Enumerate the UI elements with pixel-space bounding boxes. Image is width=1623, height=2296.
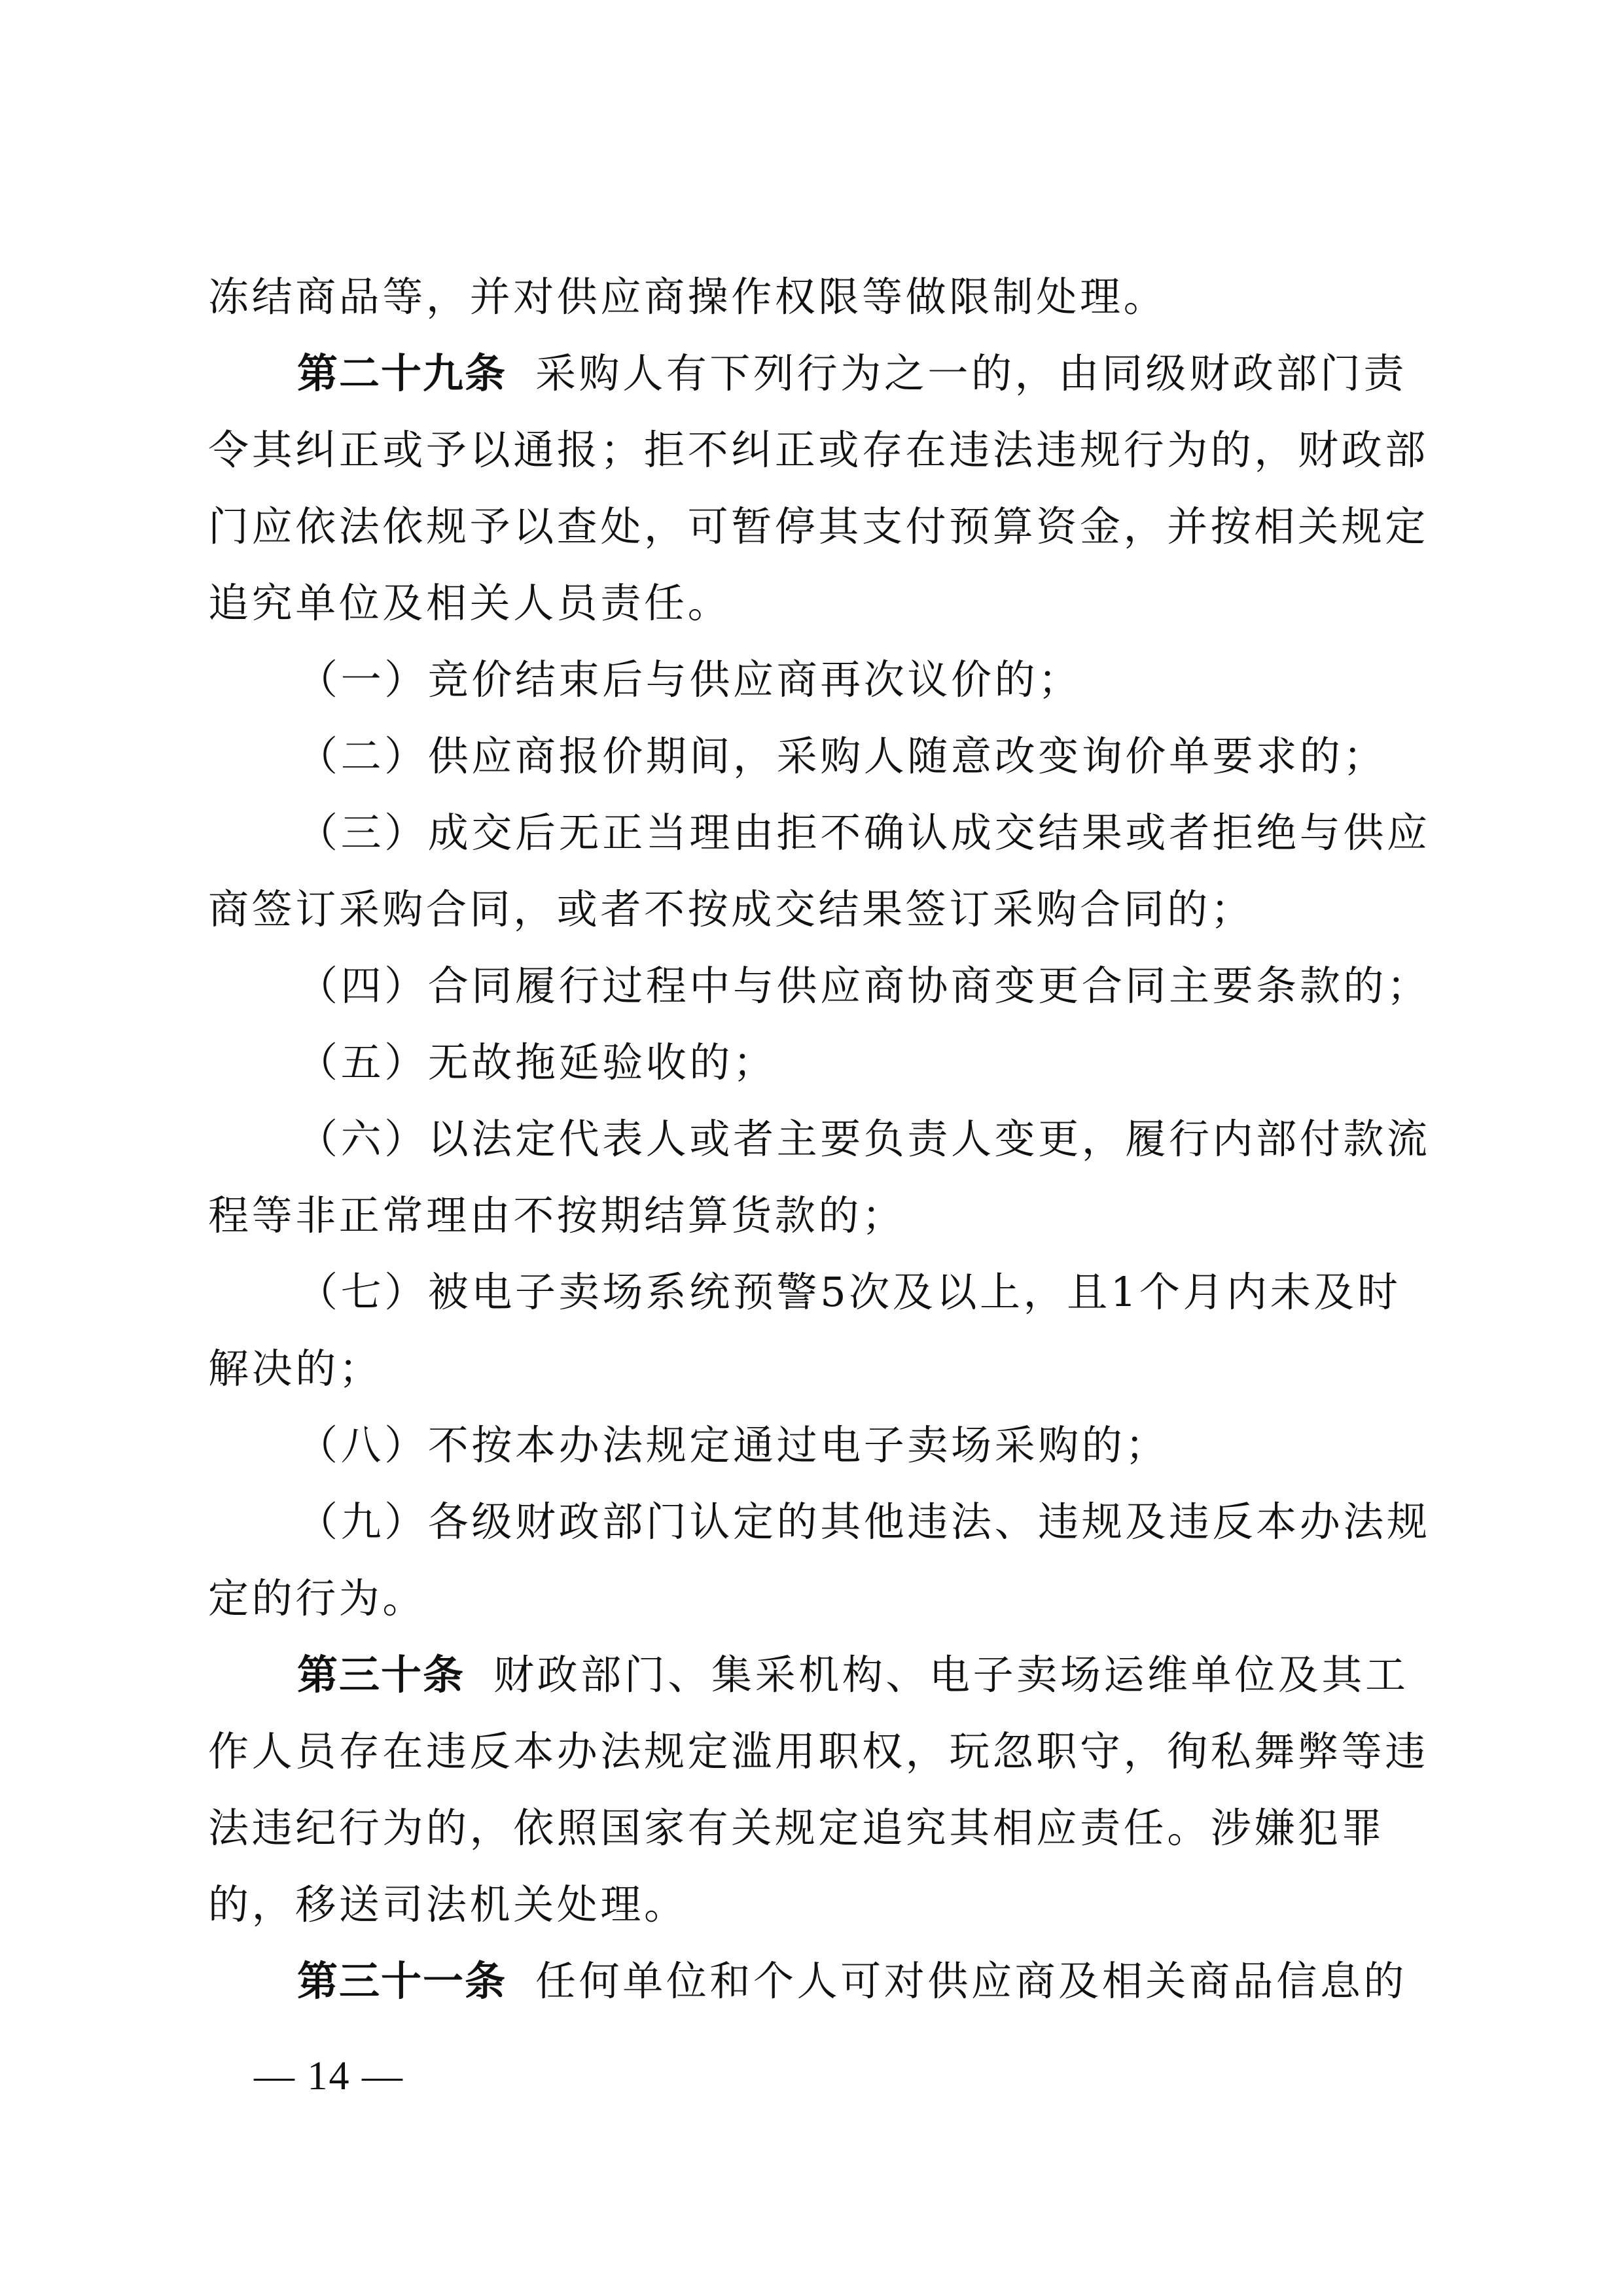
list-item-1: （一）竞价结束后与供应商再次议价的； — [208, 641, 1427, 718]
page-number: — 14 — — [254, 2047, 404, 2106]
list-item-2: （二）供应商报价期间，采购人随意改变询价单要求的； — [208, 718, 1427, 794]
paragraph-text: 门应依法依规予以查处，可暂停其支付预算资金，并按相关规定 — [208, 503, 1429, 550]
paragraph-text: 追究单位及相关人员责任。 — [208, 579, 731, 627]
text-line: 解决的； — [208, 1330, 1427, 1407]
paragraph-text: 财政部门、集采机构、电子卖场运维单位及其工 — [493, 1651, 1409, 1699]
article-label: 第三十条 — [297, 1651, 465, 1699]
list-item-text: （四）合同履行过程中与供应商协商变更合同主要条款的； — [297, 962, 1431, 1010]
paragraph-text: 商签订采购合同，或者不按成交结果签订采购合同的； — [208, 885, 1254, 933]
article-29-heading-line: 第二十九条采购人有下列行为之一的，由同级财政部门责 — [208, 335, 1427, 412]
paragraph-text: 法违纪行为的，依照国家有关规定追究其相应责任。涉嫌犯罪 — [208, 1804, 1385, 1852]
text-line: 定的行为。 — [208, 1560, 1427, 1636]
paragraph-text: 采购人有下列行为之一的，由同级财政部门责 — [535, 349, 1407, 397]
text-line: 令其纠正或予以通报；拒不纠正或存在违法违规行为的，财政部 — [208, 412, 1427, 488]
document-page: 冻结商品等，并对供应商操作权限等做限制处理。 第二十九条采购人有下列行为之一的，… — [208, 258, 1427, 2019]
text-line: 程等非正常理由不按期结算货款的； — [208, 1177, 1427, 1254]
paragraph-text: 作人员存在违反本办法规定滥用职权，玩忽职守，徇私舞弊等违 — [208, 1727, 1429, 1775]
article-label: 第二十九条 — [297, 349, 507, 397]
list-item-text: （八）不按本办法规定通过电子卖场采购的； — [297, 1421, 1169, 1469]
paragraph-text: 任何单位和个人可对供应商及相关商品信息的 — [535, 1957, 1407, 2005]
text-line: 门应依法依规予以查处，可暂停其支付预算资金，并按相关规定 — [208, 488, 1427, 565]
article-label: 第三十一条 — [297, 1957, 507, 2005]
list-item-text: （九）各级财政部门认定的其他违法、违规及违反本办法规 — [297, 1498, 1431, 1545]
text-line: 法违纪行为的，依照国家有关规定追究其相应责任。涉嫌犯罪 — [208, 1790, 1427, 1866]
paragraph-text: 令其纠正或予以通报；拒不纠正或存在违法违规行为的，财政部 — [208, 426, 1429, 474]
list-item-3: （三）成交后无正当理由拒不确认成交结果或者拒绝与供应 — [208, 794, 1427, 871]
paragraph-text: 定的行为。 — [208, 1574, 426, 1622]
article-31-heading-line: 第三十一条任何单位和个人可对供应商及相关商品信息的 — [208, 1943, 1427, 2019]
list-item-4: （四）合同履行过程中与供应商协商变更合同主要条款的； — [208, 947, 1427, 1024]
list-item-9: （九）各级财政部门认定的其他违法、违规及违反本办法规 — [208, 1483, 1427, 1560]
paragraph-text: 解决的； — [208, 1345, 382, 1392]
list-item-text: （二）供应商报价期间，采购人随意改变询价单要求的； — [297, 732, 1387, 780]
paragraph-text: 程等非正常理由不按期结算货款的； — [208, 1192, 906, 1239]
list-item-7: （七）被电子卖场系统预警5次及以上，且1个月内未及时 — [208, 1254, 1427, 1330]
paragraph-text: 冻结商品等，并对供应商操作权限等做限制处理。 — [208, 273, 1167, 321]
list-item-text: （五）无故拖延验收的； — [297, 1038, 777, 1086]
text-line: 冻结商品等，并对供应商操作权限等做限制处理。 — [208, 258, 1427, 335]
list-item-6: （六）以法定代表人或者主要负责人变更，履行内部付款流 — [208, 1101, 1427, 1177]
list-item-text: （一）竞价结束后与供应商再次议价的； — [297, 656, 1082, 703]
paragraph-text: 的，移送司法机关处理。 — [208, 1881, 688, 1928]
list-item-text: （三）成交后无正当理由拒不确认成交结果或者拒绝与供应 — [297, 809, 1431, 857]
text-line: 商签订采购合同，或者不按成交结果签订采购合同的； — [208, 871, 1427, 947]
list-item-5: （五）无故拖延验收的； — [208, 1024, 1427, 1101]
article-30-heading-line: 第三十条财政部门、集采机构、电子卖场运维单位及其工 — [208, 1636, 1427, 1713]
list-item-8: （八）不按本办法规定通过电子卖场采购的； — [208, 1407, 1427, 1483]
text-line: 的，移送司法机关处理。 — [208, 1866, 1427, 1943]
list-item-text: （六）以法定代表人或者主要负责人变更，履行内部付款流 — [297, 1115, 1431, 1163]
text-line: 追究单位及相关人员责任。 — [208, 565, 1427, 641]
list-item-text: （七）被电子卖场系统预警5次及以上，且1个月内未及时 — [297, 1268, 1401, 1316]
text-line: 作人员存在违反本办法规定滥用职权，玩忽职守，徇私舞弊等违 — [208, 1713, 1427, 1790]
